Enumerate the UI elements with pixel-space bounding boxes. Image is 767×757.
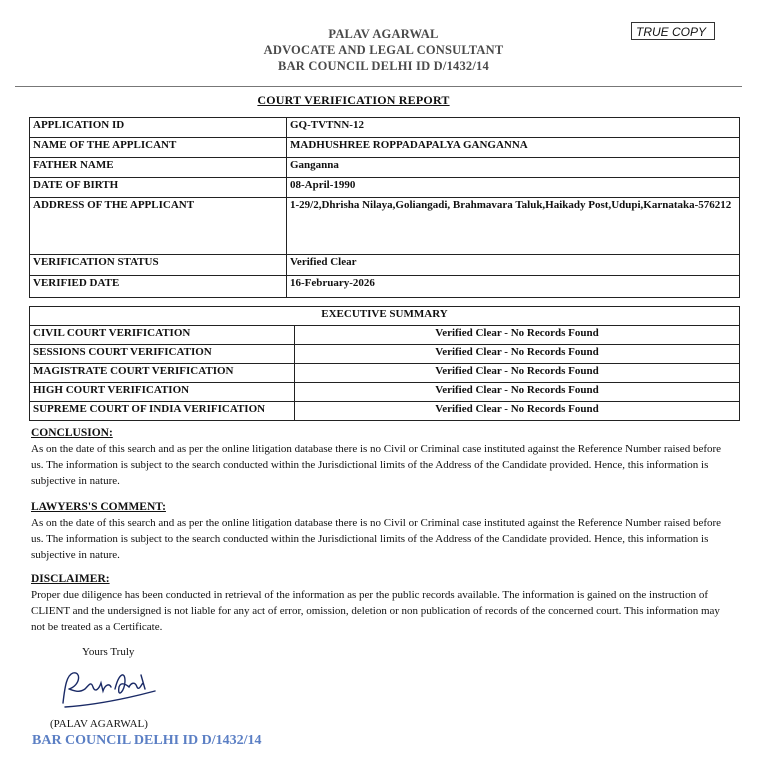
table-row: NAME OF THE APPLICANT MADHUSHREE ROPPADA… xyxy=(30,138,740,158)
executive-summary-title: EXECUTIVE SUMMARY xyxy=(30,307,740,326)
lawyers-comment-title: LAWYERS'S COMMENT: xyxy=(31,499,736,515)
row-value: Verified Clear xyxy=(287,255,740,276)
applicant-details-table: APPLICATION ID GQ-TVTNN-12 NAME OF THE A… xyxy=(29,117,740,298)
conclusion-text: As on the date of this search and as per… xyxy=(31,441,736,489)
executive-summary-table: EXECUTIVE SUMMARY CIVIL COURT VERIFICATI… xyxy=(29,306,740,421)
row-label: VERIFICATION STATUS xyxy=(30,255,287,276)
row-label: SUPREME COURT OF INDIA VERIFICATION xyxy=(30,402,295,421)
row-label: HIGH COURT VERIFICATION xyxy=(30,383,295,402)
row-value: Verified Clear - No Records Found xyxy=(295,383,740,402)
row-value: 16-February-2026 xyxy=(287,276,740,298)
disclaimer-title: DISCLAIMER: xyxy=(31,571,736,587)
conclusion-section: CONCLUSION: As on the date of this searc… xyxy=(31,425,736,489)
row-value: GQ-TVTNN-12 xyxy=(287,118,740,138)
advocate-role: ADVOCATE AND LEGAL CONSULTANT xyxy=(0,42,767,58)
row-value: 08-April-1990 xyxy=(287,178,740,198)
row-label: VERIFIED DATE xyxy=(30,276,287,298)
row-value: 1-29/2,Dhrisha Nilaya,Goliangadi, Brahma… xyxy=(287,198,740,255)
table-row: HIGH COURT VERIFICATION Verified Clear -… xyxy=(30,383,740,402)
lawyers-comment-text: As on the date of this search and as per… xyxy=(31,515,736,563)
table-row: SESSIONS COURT VERIFICATION Verified Cle… xyxy=(30,345,740,364)
row-label: CIVIL COURT VERIFICATION xyxy=(30,326,295,345)
row-label: NAME OF THE APPLICANT xyxy=(30,138,287,158)
disclaimer-text: Proper due diligence has been conducted … xyxy=(31,587,736,635)
header-divider xyxy=(15,86,742,87)
row-label: APPLICATION ID xyxy=(30,118,287,138)
lawyers-comment-section: LAWYERS'S COMMENT: As on the date of thi… xyxy=(31,499,736,563)
row-value: Verified Clear - No Records Found xyxy=(295,326,740,345)
signer-council-id: BAR COUNCIL DELHI ID D/1432/14 xyxy=(32,733,261,749)
table-row: CIVIL COURT VERIFICATION Verified Clear … xyxy=(30,326,740,345)
table-row: APPLICATION ID GQ-TVTNN-12 xyxy=(30,118,740,138)
row-label: DATE OF BIRTH xyxy=(30,178,287,198)
signer-name: (PALAV AGARWAL) xyxy=(50,718,148,730)
row-value: Verified Clear - No Records Found xyxy=(295,345,740,364)
true-copy-stamp: TRUE COPY xyxy=(631,22,715,40)
row-label: MAGISTRATE COURT VERIFICATION xyxy=(30,364,295,383)
table-row: VERIFICATION STATUS Verified Clear xyxy=(30,255,740,276)
disclaimer-section: DISCLAIMER: Proper due diligence has bee… xyxy=(31,571,736,635)
table-row: SUPREME COURT OF INDIA VERIFICATION Veri… xyxy=(30,402,740,421)
row-value: Verified Clear - No Records Found xyxy=(295,402,740,421)
row-value: Ganganna xyxy=(287,158,740,178)
conclusion-title: CONCLUSION: xyxy=(31,425,736,441)
table-row: DATE OF BIRTH 08-April-1990 xyxy=(30,178,740,198)
row-label: FATHER NAME xyxy=(30,158,287,178)
row-label: ADDRESS OF THE APPLICANT xyxy=(30,198,287,255)
table-row: ADDRESS OF THE APPLICANT 1-29/2,Dhrisha … xyxy=(30,198,740,255)
table-row: MAGISTRATE COURT VERIFICATION Verified C… xyxy=(30,364,740,383)
signature-image xyxy=(55,665,165,718)
table-row: FATHER NAME Ganganna xyxy=(30,158,740,178)
table-header-row: EXECUTIVE SUMMARY xyxy=(30,307,740,326)
row-value: MADHUSHREE ROPPADAPALYA GANGANNA xyxy=(287,138,740,158)
table-row: VERIFIED DATE 16-February-2026 xyxy=(30,276,740,298)
report-title: COURT VERIFICATION REPORT xyxy=(0,93,707,108)
closing-text: Yours Truly xyxy=(82,646,134,658)
row-value: Verified Clear - No Records Found xyxy=(295,364,740,383)
row-label: SESSIONS COURT VERIFICATION xyxy=(30,345,295,364)
advocate-council-id: BAR COUNCIL DELHI ID D/1432/14 xyxy=(0,58,767,74)
